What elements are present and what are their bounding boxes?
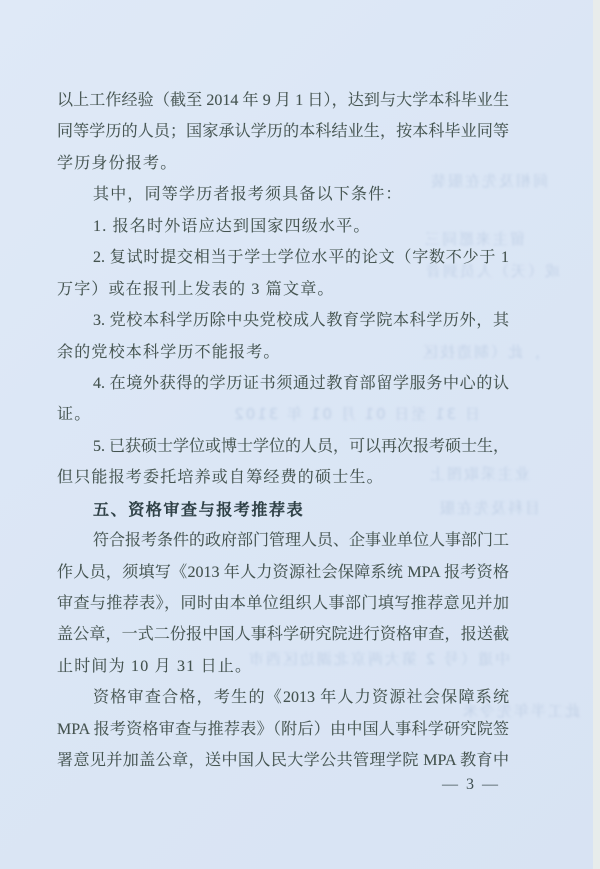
text-line: 以上工作经验（截至 2014 年 9 月 1 日），达到与大学本科毕业生 xyxy=(57,85,509,116)
text-line: 万字）或在报刊上发表的 3 篇文章。 xyxy=(57,274,509,305)
text-line: 审查与推荐表》，同时由本单位组织人事部门填写推荐意见并加 xyxy=(57,588,509,619)
text-line: 4. 在境外获得的学历证书须通过教育部留学服务中心的认 xyxy=(57,368,509,399)
text-line: 1. 报名时外语应达到国家四级水平。 xyxy=(57,211,509,242)
text-line: 余的党校本科学历不能报考。 xyxy=(57,337,509,368)
text-line: 符合报考条件的政府部门管理人员、企事业单位人事部门工 xyxy=(57,525,509,556)
text-line: 5. 已获硕士学位或博士学位的人员，可以再次报考硕士生， xyxy=(57,431,509,462)
text-line: 学历身份报考。 xyxy=(57,148,509,179)
text-line: 作人员，须填写《2013 年人力资源社会保障系统 MPA 报考资格 xyxy=(57,557,509,588)
text-line: 其中，同等学历者报考须具备以下条件： xyxy=(57,179,509,210)
text-line: MPA 报考资格审查与推荐表》（附后）由中国人事科学研究院签 xyxy=(57,714,509,745)
text-line: 资格审查合格，考生的《2013 年人力资源社会保障系统 xyxy=(57,682,509,713)
scan-edge xyxy=(593,0,600,869)
text-line: 同等学历的人员；国家承认学历的本科结业生，按本科毕业同等 xyxy=(57,116,509,147)
scanned-page: { "page": { "background_color": "#dbe6f5… xyxy=(0,0,600,869)
section-heading: 五、资格审查与报考推荐表 xyxy=(57,494,509,525)
text-line: 3. 党校本科学历除中央党校成人教育学院本科学历外，其 xyxy=(57,305,509,336)
document-body: 以上工作经验（截至 2014 年 9 月 1 日），达到与大学本科毕业生同等学历… xyxy=(57,85,509,777)
text-line: 证。 xyxy=(57,399,509,430)
page-number: — 3 — xyxy=(442,769,500,800)
text-line: 止时间为 10 月 31 日止。 xyxy=(57,651,509,682)
text-line: 盖公章，一式二份报中国人事科学研究院进行资格审查，报送截 xyxy=(57,619,509,650)
text-line: 但只能报考委托培养或自筹经费的硕士生。 xyxy=(57,462,509,493)
text-line: 2. 复试时提交相当于学士学位水平的论文（字数不少于 1 xyxy=(57,242,509,273)
